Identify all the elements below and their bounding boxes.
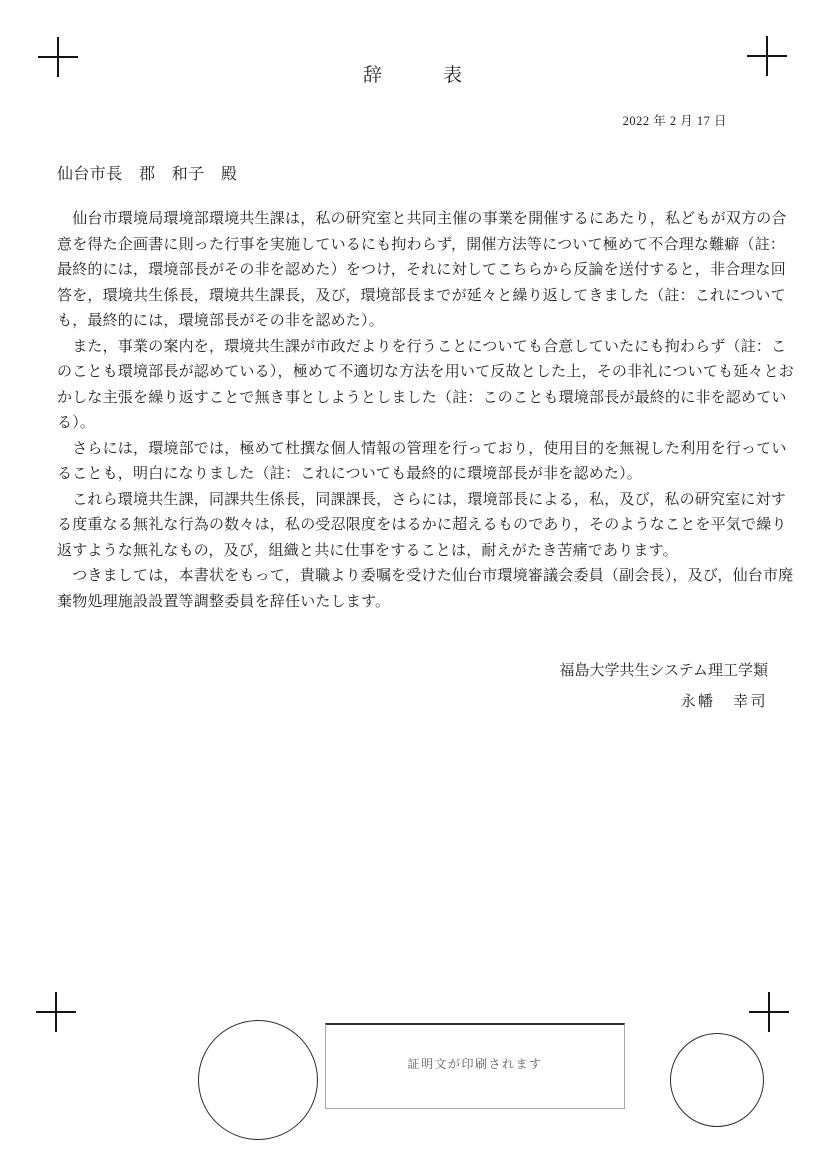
body-line: かしな主張を繰り返すことで無き事としようとしました（註：このことも環境部長が最終… [57, 386, 777, 412]
letter-body: 仙台市環境局環境部環境共生課は，私の研究室と共同主催の事業を開催するにあたり，私… [57, 207, 777, 615]
crop-mark-bar [55, 992, 57, 1032]
document-page: 辞 表 2022 年 2 月 17 日 仙台市長 郡 和子 殿 仙台市環境局環境… [0, 0, 826, 1168]
recipient-line: 仙台市長 郡 和子 殿 [57, 161, 237, 184]
body-line: これら環境共生課，同課共生係長，同課課長，さらには，環境部長による，私，及び，私… [57, 488, 777, 514]
body-line: 棄物処理施設設置等調整委員を辞任いたします。 [57, 590, 777, 616]
crop-mark-bottom-left-icon [36, 992, 76, 1032]
stamp-circle-right [670, 1033, 764, 1127]
body-line: ることも，明白になりました（註：これについても最終的に環境部長が非を認めた）。 [57, 462, 777, 488]
body-line: 答を，環境共生係長，環境共生課長，及び，環境部長までが延々と繰り返してきました（… [57, 284, 777, 310]
stamp-circle-left [198, 1020, 318, 1140]
signature-block: 福島大学共生システム理工学類 永幡 幸司 [559, 656, 768, 718]
body-line: 返すような無礼なもの，及び，組織と共に仕事をすることは，耐えがたき苦痛であります… [57, 539, 777, 565]
body-line: さらには，環境部では，極めて杜撰な個人情報の管理を行っており，使用目的を無視した… [57, 437, 777, 463]
body-line: る）。 [57, 411, 777, 437]
body-line: も，最終的には，環境部長がその非を認めた）。 [57, 309, 777, 335]
body-line: 最終的には，環境部長がその非を認めた）をつけ，それに対してこちらから反論を送付す… [57, 258, 777, 284]
body-line: 意を得た企画書に則った行事を実施しているにも拘わらず，開催方法等について極めて不… [57, 233, 777, 259]
document-date: 2022 年 2 月 17 日 [623, 111, 727, 129]
stamp-placeholder-box: 証明文が印刷されます [325, 1023, 625, 1109]
body-line: 仙台市環境局環境部環境共生課は，私の研究室と共同主催の事業を開催するにあたり，私… [57, 207, 777, 233]
crop-mark-bottom-right-icon [749, 992, 789, 1032]
body-line: また，事業の案内を，環境共生課が市政だよりを行うことについても合意していたにも拘… [57, 335, 777, 361]
signature-affiliation: 福島大学共生システム理工学類 [559, 656, 768, 687]
body-line: つきましては，本書状をもって，貴職より委嘱を受けた仙台市環境審議会委員（副会長）… [57, 564, 777, 590]
body-line: のことも環境部長が認めている），極めて不適切な方法を用いて反故とした上，その非礼… [57, 360, 777, 386]
document-title: 辞 表 [0, 60, 826, 87]
signature-name: 永幡 幸司 [559, 687, 768, 718]
body-line: る度重なる無礼な行為の数々は，私の受忍限度をはるかに超えるものであり，そのような… [57, 513, 777, 539]
crop-mark-bar [768, 992, 770, 1032]
stamp-box-text: 証明文が印刷されます [407, 1055, 542, 1072]
